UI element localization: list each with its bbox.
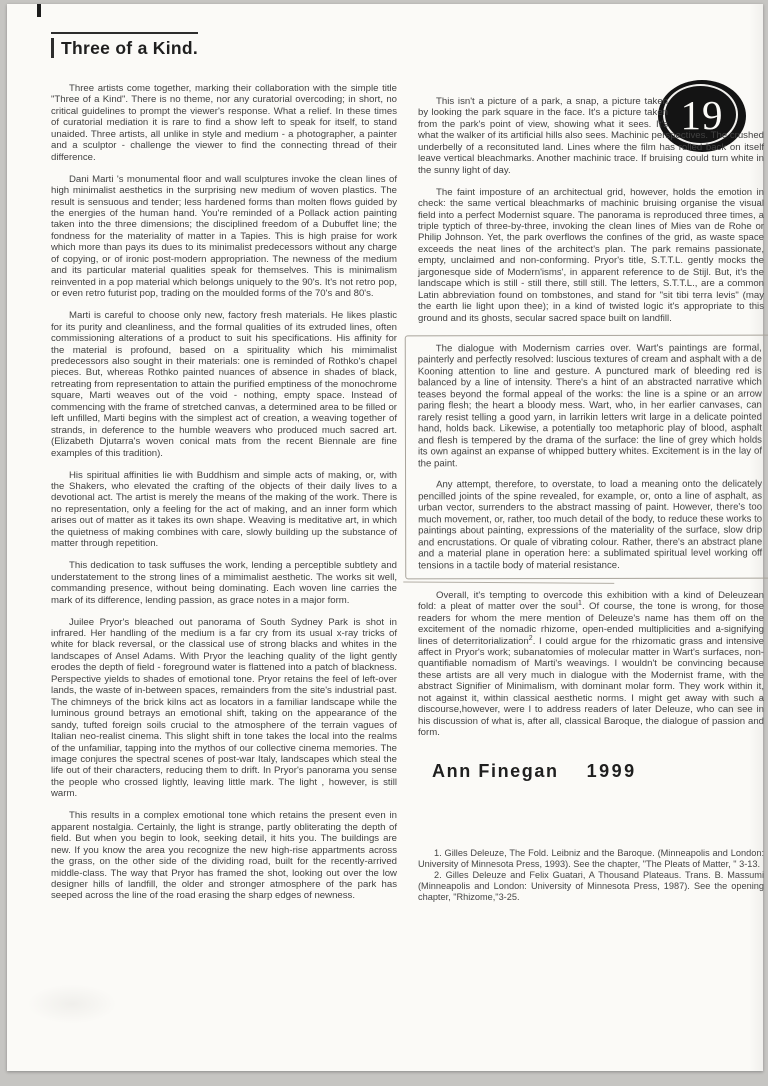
author-signature: Ann Finegan 1999 bbox=[432, 761, 764, 782]
paragraph-pryor-1: Juilee Pryor's bleached out panorama of … bbox=[51, 617, 397, 800]
paragraph-marti-3: His spiritual affinities lie with Buddhi… bbox=[51, 470, 397, 550]
left-column: Three of a Kind. Three artists come toge… bbox=[51, 32, 397, 912]
paragraph-wart-1: The dialogue with Modernism carries over… bbox=[418, 342, 762, 469]
footnote-1: 1. Gilles Deleuze, The Fold. Leibniz and… bbox=[418, 848, 764, 870]
page-title: Three of a Kind. bbox=[51, 38, 198, 58]
paragraph-pryor-2: This results in a complex emotional tone… bbox=[51, 810, 397, 902]
signature-year: 1999 bbox=[587, 761, 637, 782]
badge-text-wrap-spacer bbox=[668, 96, 764, 119]
penciled-highlight-box: The dialogue with Modernism carries over… bbox=[405, 334, 768, 579]
right-column: This isn't a picture of a park, a snap, … bbox=[418, 96, 764, 904]
paragraph-wart-2: Any attempt, therefore, to overstate, to… bbox=[418, 479, 762, 571]
paragraph-marti-2: Marti is careful to choose only new, fac… bbox=[51, 310, 397, 459]
paragraph-pryor-4: The faint imposture of an architectual g… bbox=[418, 187, 764, 324]
paragraph-conclusion: Overall, it's tempting to overcode this … bbox=[418, 590, 764, 739]
scan-registration-mark bbox=[37, 4, 41, 17]
paragraph-intro: Three artists come together, marking the… bbox=[51, 83, 397, 163]
footnote-2: 2. Gilles Deleuze and Felix Guatari, A T… bbox=[418, 870, 764, 904]
paragraph-pryor-3: This isn't a picture of a park, a snap, … bbox=[418, 96, 764, 176]
paragraph-marti-1: Dani Marti 's monumental floor and wall … bbox=[51, 174, 397, 300]
author-name: Ann Finegan bbox=[432, 761, 559, 782]
footnotes: 1. Gilles Deleuze, The Fold. Leibniz and… bbox=[418, 848, 764, 904]
paragraph-marti-4: This dedication to task suffuses the wor… bbox=[51, 560, 397, 606]
scanned-page: 19 Three of a Kind. Three artists come t… bbox=[7, 4, 763, 1071]
scan-smudge bbox=[27, 984, 117, 1024]
conclusion-text-3: . I could argue for the rhizomatic grass… bbox=[418, 636, 764, 739]
article-heading: Three of a Kind. bbox=[51, 32, 198, 58]
